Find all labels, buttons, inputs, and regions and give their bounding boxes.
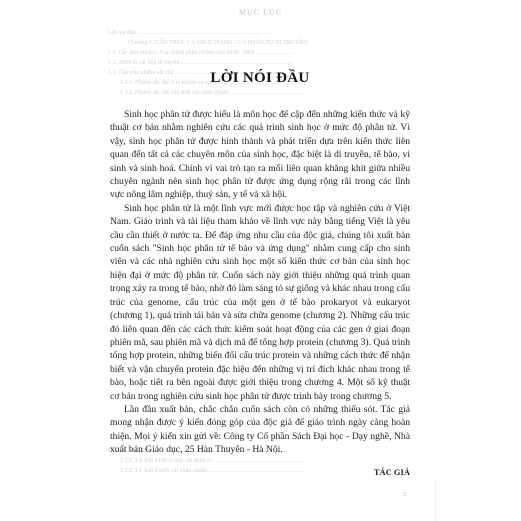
- document-page: LỜI NÓI ĐẦU Sinh học phân tử được hiểu l…: [110, 70, 410, 477]
- bleed-through-line: 1.2. ADN là vật liệu di truyền .........…: [108, 58, 413, 68]
- bleed-through-line: 1.1. Các axit nucleic. Các thành phần cơ…: [108, 48, 413, 58]
- author-signature: TÁC GIẢ: [110, 467, 410, 477]
- paragraph-feedback: Lần đầu xuất bản, chắc chắn cuốn sách cò…: [110, 403, 410, 457]
- bleed-through-title: MỤC LỤC: [0, 8, 521, 17]
- page-edge-divider: [435, 480, 436, 521]
- bleed-through-line: Chương 1. CẤU TRÚC VÀ CHỨC NĂNG CỦA PHÂN…: [108, 38, 413, 48]
- page-number: 3: [403, 492, 406, 498]
- paragraph-book-content: Sinh học phân tử là một lĩnh vực mới đượ…: [110, 202, 410, 403]
- bleed-through-line: Lời nói đầu ............................…: [108, 28, 413, 38]
- page-title: LỜI NÓI ĐẦU: [110, 70, 410, 87]
- paragraph-intro: Sinh học phân tử được hiểu là môn học để…: [110, 108, 410, 202]
